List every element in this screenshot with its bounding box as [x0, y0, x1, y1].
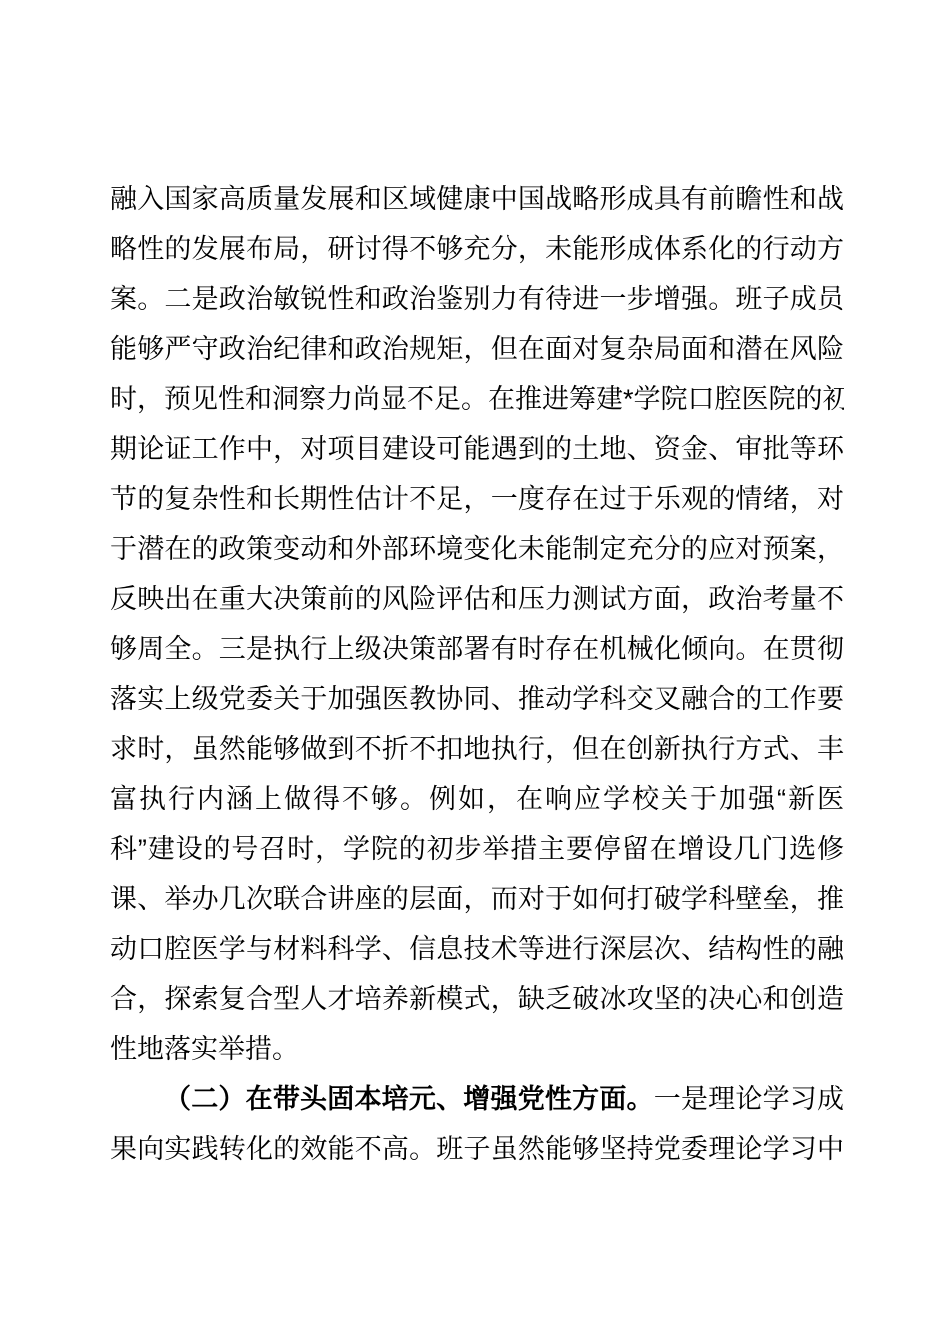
- text-line: 求时，虽然能够做到不折不扣地执行，但在创新执行方式、丰: [110, 724, 844, 774]
- text-run: 于潜在的政策变动和外部环境变化未能制定充分的应对预案，: [110, 534, 844, 564]
- text-line: 于潜在的政策变动和外部环境变化未能制定充分的应对预案，: [110, 524, 844, 574]
- text-run: 求时，虽然能够做到不折不扣地执行，但在创新执行方式、丰: [110, 734, 844, 764]
- text-line: 节的复杂性和长期性估计不足，一度存在过于乐观的情绪，对: [110, 474, 844, 524]
- text-run: 落实上级党委关于加强医教协同、推动学科交叉融合的工作要: [110, 684, 844, 714]
- text-run: 富执行内涵上做得不够。例如，在响应学校关于加强“新医: [110, 784, 844, 814]
- text-line: 果向实践转化的效能不高。班子虽然能够坚持党委理论学习中: [110, 1124, 844, 1174]
- document-page: 融入国家高质量发展和区域健康中国战略形成具有前瞻性和战略性的发展布局，研讨得不够…: [0, 0, 950, 1344]
- text-run: 性地落实举措。: [110, 1034, 299, 1064]
- text-run: 果向实践转化的效能不高。班子虽然能够坚持党委理论学习中: [110, 1134, 844, 1164]
- text-line: 落实上级党委关于加强医教协同、推动学科交叉融合的工作要: [110, 674, 844, 724]
- text-line: 科”建设的号召时，学院的初步举措主要停留在增设几门选修: [110, 824, 844, 874]
- text-line: （二）在带头固本培元、增强党性方面。一是理论学习成: [110, 1074, 844, 1124]
- text-run: 合，探索复合型人才培养新模式，缺乏破冰攻坚的决心和创造: [110, 984, 844, 1014]
- text-run: 动口腔医学与材料科学、信息技术等进行深层次、结构性的融: [110, 934, 844, 964]
- text-run: 案。二是政治敏锐性和政治鉴别力有待进一步增强。班子成员: [110, 284, 844, 314]
- text-run: 能够严守政治纪律和政治规矩，但在面对复杂局面和潜在风险: [110, 334, 844, 364]
- bold-text-run: （二）在带头固本培元、增强党性方面。: [164, 1084, 654, 1114]
- text-line: 合，探索复合型人才培养新模式，缺乏破冰攻坚的决心和创造: [110, 974, 844, 1024]
- text-line: 期论证工作中，对项目建设可能遇到的土地、资金、审批等环: [110, 424, 844, 474]
- text-line: 融入国家高质量发展和区域健康中国战略形成具有前瞻性和战: [110, 174, 844, 224]
- text-run: 一是理论学习成: [654, 1084, 844, 1114]
- text-run: 期论证工作中，对项目建设可能遇到的土地、资金、审批等环: [110, 434, 844, 464]
- text-line: 反映出在重大决策前的风险评估和压力测试方面，政治考量不: [110, 574, 844, 624]
- text-line: 案。二是政治敏锐性和政治鉴别力有待进一步增强。班子成员: [110, 274, 844, 324]
- document-text: 融入国家高质量发展和区域健康中国战略形成具有前瞻性和战略性的发展布局，研讨得不够…: [110, 174, 844, 1174]
- text-line: 动口腔医学与材料科学、信息技术等进行深层次、结构性的融: [110, 924, 844, 974]
- text-run: 时，预见性和洞察力尚显不足。在推进筹建*学院口腔医院的初: [110, 384, 844, 414]
- text-line: 够周全。三是执行上级决策部署有时存在机械化倾向。在贯彻: [110, 624, 844, 674]
- text-line: 富执行内涵上做得不够。例如，在响应学校关于加强“新医: [110, 774, 844, 824]
- text-line: 能够严守政治纪律和政治规矩，但在面对复杂局面和潜在风险: [110, 324, 844, 374]
- text-run: 课、举办几次联合讲座的层面，而对于如何打破学科壁垒，推: [110, 884, 844, 914]
- text-run: 略性的发展布局，研讨得不够充分，未能形成体系化的行动方: [110, 234, 844, 264]
- text-run: 反映出在重大决策前的风险评估和压力测试方面，政治考量不: [110, 584, 844, 614]
- text-line: 时，预见性和洞察力尚显不足。在推进筹建*学院口腔医院的初: [110, 374, 844, 424]
- text-run: 融入国家高质量发展和区域健康中国战略形成具有前瞻性和战: [110, 184, 844, 214]
- text-line: 略性的发展布局，研讨得不够充分，未能形成体系化的行动方: [110, 224, 844, 274]
- text-run: 够周全。三是执行上级决策部署有时存在机械化倾向。在贯彻: [110, 634, 844, 664]
- text-line: 性地落实举措。: [110, 1024, 844, 1074]
- text-line: 课、举办几次联合讲座的层面，而对于如何打破学科壁垒，推: [110, 874, 844, 924]
- text-run: 节的复杂性和长期性估计不足，一度存在过于乐观的情绪，对: [110, 484, 844, 514]
- text-run: 科”建设的号召时，学院的初步举措主要停留在增设几门选修: [110, 834, 844, 864]
